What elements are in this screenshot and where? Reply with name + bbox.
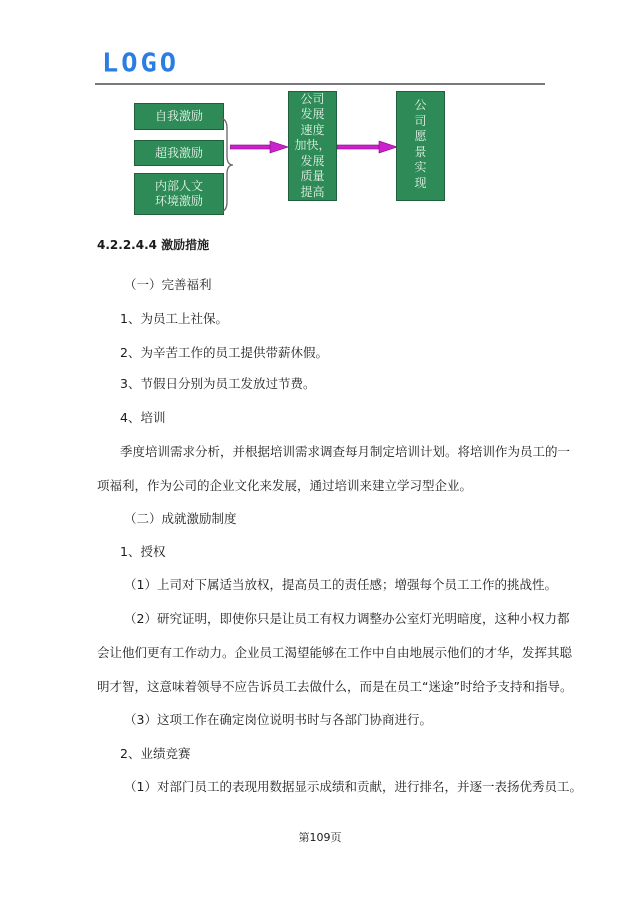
logo: LOGO bbox=[102, 51, 179, 78]
paragraph: （二）成就激励制度 bbox=[124, 511, 237, 527]
paragraph: （2）研究证明，即使你只是让员工有权力调整办公室灯光明暗度，这种小权力都 bbox=[124, 611, 569, 627]
header-divider bbox=[95, 83, 545, 85]
box-company-development: 公司 发展 速度 加快， 发展 质量 提高 bbox=[288, 91, 337, 201]
paragraph: （1）上司对下属适当放权，提高员工的责任感；增强每个员工工作的挑战性。 bbox=[124, 577, 557, 593]
middle-line: 加快， bbox=[294, 138, 330, 154]
page-number: 第109页 bbox=[0, 829, 640, 845]
paragraph: 明才智，这意味着领导不应告诉员工去做什么，而是在员工“迷途”时给予支持和指导。 bbox=[97, 679, 572, 695]
middle-line: 提高 bbox=[300, 185, 324, 201]
right-line: 公 bbox=[414, 98, 426, 114]
box-super-self-motivation: 超我激励 bbox=[134, 140, 224, 166]
paragraph: 项福利，作为公司的企业文化来发展，通过培训来建立学习型企业。 bbox=[97, 478, 472, 494]
paragraph: 2、业绩竞赛 bbox=[120, 746, 190, 762]
right-line: 司 bbox=[414, 114, 426, 130]
right-line: 现 bbox=[414, 176, 426, 192]
paragraph: 3、节假日分别为员工发放过节费。 bbox=[120, 376, 315, 392]
paragraph: 4、培训 bbox=[120, 410, 165, 426]
arrow-right-icon bbox=[230, 140, 288, 154]
paragraph: （一）完善福利 bbox=[124, 277, 212, 293]
paragraph: 1、授权 bbox=[120, 544, 165, 560]
right-line: 实 bbox=[414, 160, 426, 176]
paragraph: 2、为辛苦工作的员工提供带薪休假。 bbox=[120, 345, 328, 361]
paragraph: 季度培训需求分析，并根据培训需求调查每月制定培训计划。将培训作为员工的一 bbox=[120, 444, 570, 460]
paragraph: 1、为员工上社保。 bbox=[120, 311, 228, 327]
arrow-right-icon bbox=[337, 140, 397, 154]
paragraph: （3）这项工作在确定岗位说明书时与各部门协商进行。 bbox=[124, 712, 432, 728]
section-heading: 4.2.2.4.4 激励措施 bbox=[97, 236, 209, 253]
paragraph: （1）对部门员工的表现用数据显示成绩和贡献，进行排名，并逐一表扬优秀员工。 bbox=[124, 779, 582, 795]
middle-line: 发展 bbox=[300, 107, 324, 123]
middle-line: 发展 bbox=[300, 154, 324, 170]
middle-line: 速度 bbox=[300, 123, 324, 139]
paragraph: 会让他们更有工作动力。企业员工渴望能够在工作中自由地展示他们的才华，发挥其聪 bbox=[97, 645, 572, 661]
right-line: 景 bbox=[414, 145, 426, 161]
box-internal-culture-motivation: 内部人文 环境激励 bbox=[134, 173, 224, 215]
middle-line: 质量 bbox=[300, 169, 324, 185]
box-self-motivation: 自我激励 bbox=[134, 103, 224, 130]
curly-brace-icon bbox=[217, 116, 237, 214]
box-company-vision: 公 司 愿 景 实 现 bbox=[396, 91, 445, 201]
middle-line: 公司 bbox=[300, 92, 324, 108]
right-line: 愿 bbox=[414, 129, 426, 145]
